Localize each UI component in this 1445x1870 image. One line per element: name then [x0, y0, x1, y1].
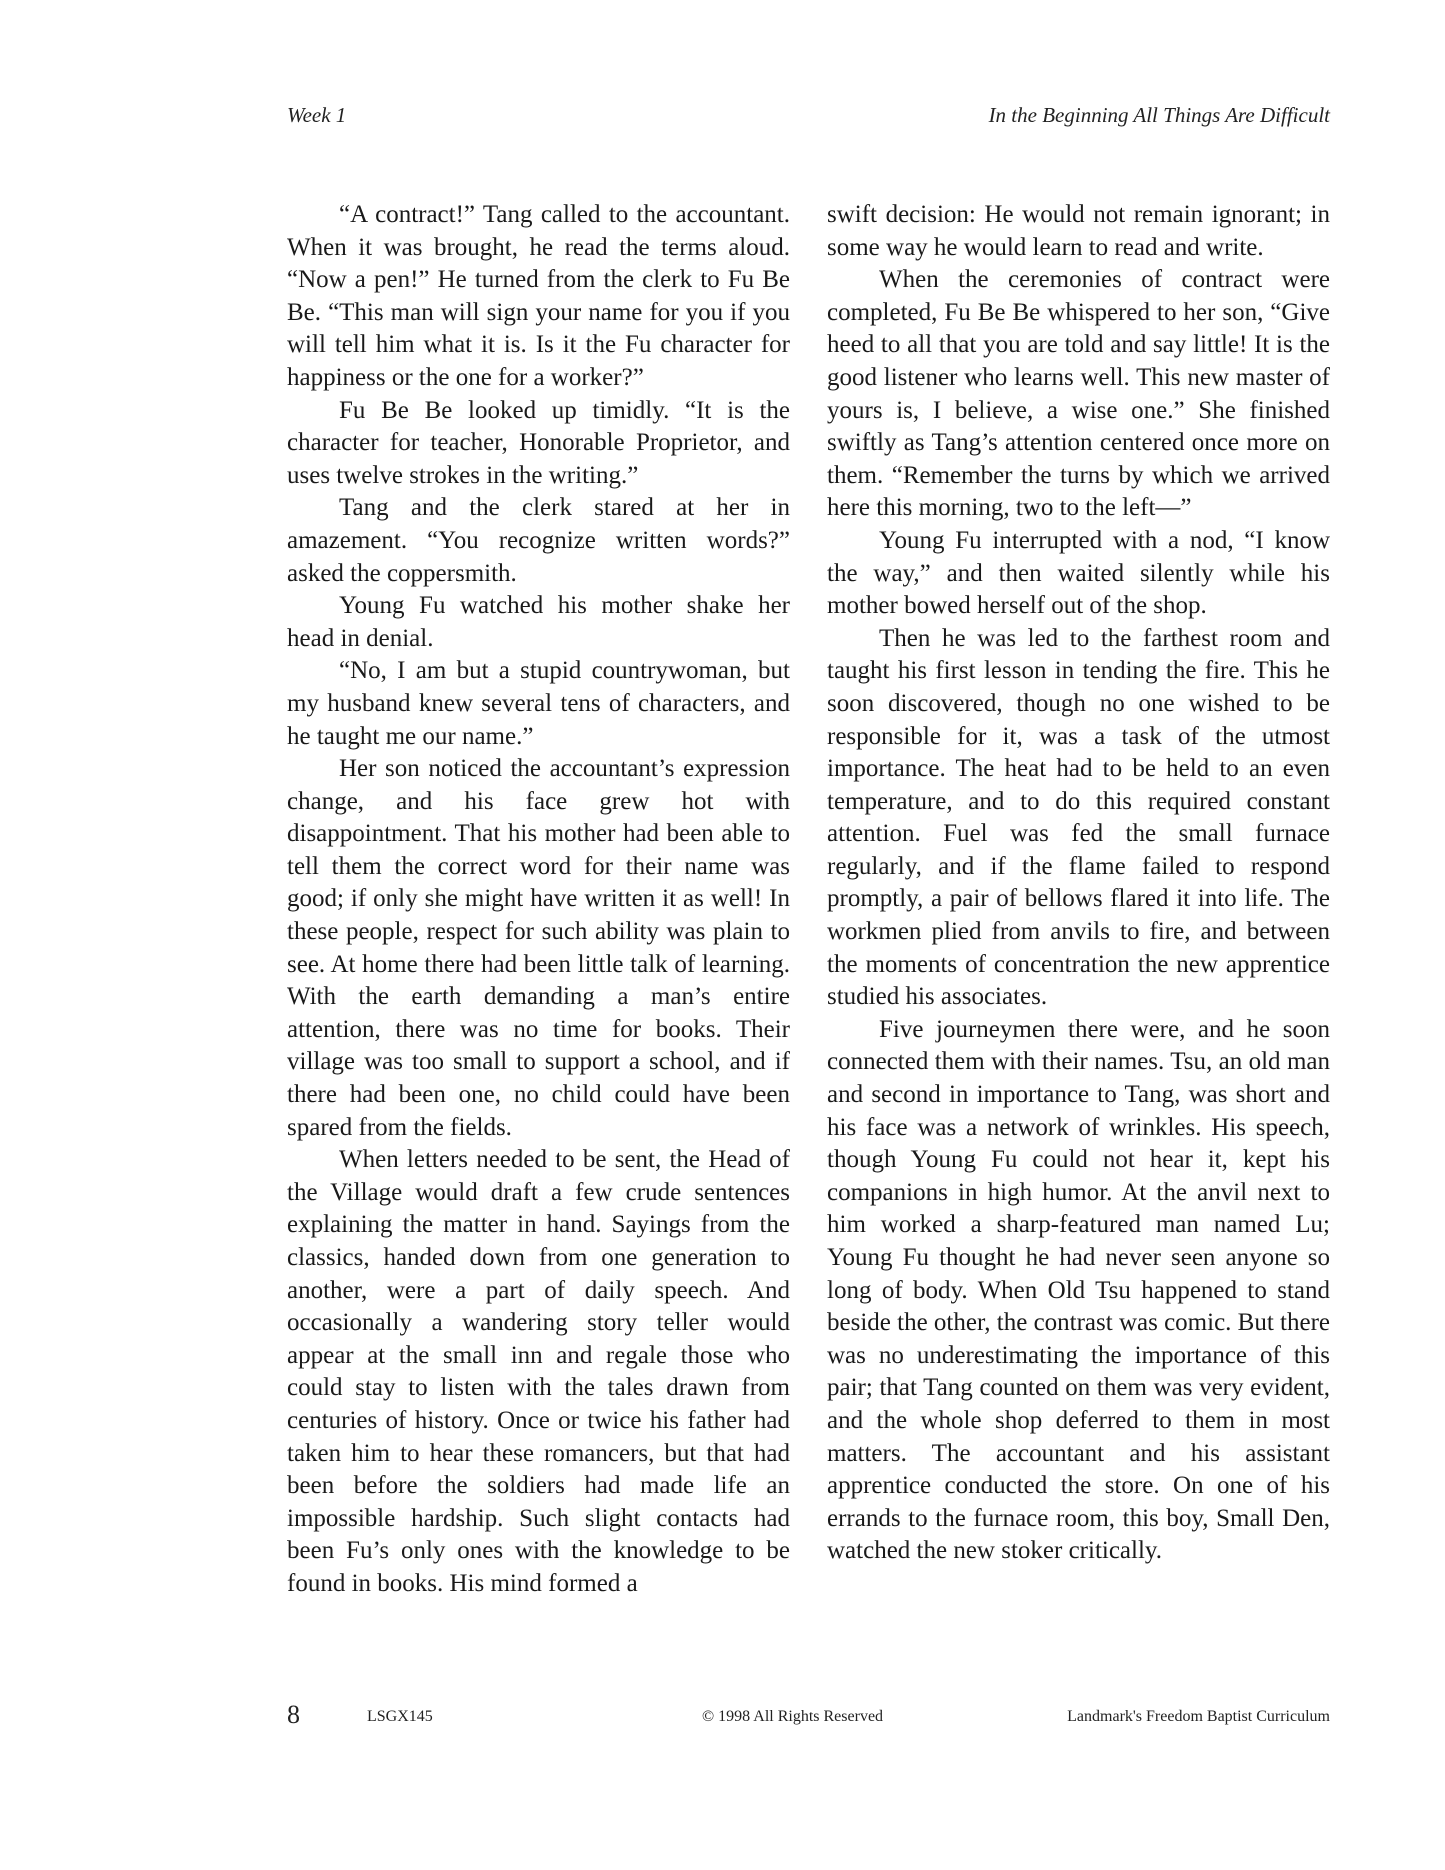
running-header: Week 1 In the Beginning All Things Are D…	[287, 103, 1330, 137]
paragraph: Five journeymen there were, and he soon …	[827, 1014, 1330, 1568]
paragraph: Young Fu watched his mother shake her he…	[287, 590, 790, 655]
paragraph: Then he was led to the farthest room and…	[827, 623, 1330, 1014]
copyright-notice: © 1998 All Rights Reserved	[702, 1708, 883, 1726]
paragraph: Tang and the clerk stared at her in amaz…	[287, 492, 790, 590]
publisher-name: Landmark's Freedom Baptist Curriculum	[1067, 1708, 1330, 1726]
header-chapter-title: In the Beginning All Things Are Difficul…	[989, 103, 1330, 128]
page-footer: 8 LSGX145 © 1998 All Rights Reserved Lan…	[287, 1700, 1330, 1740]
paragraph: Young Fu interrupted with a nod, “I know…	[827, 525, 1330, 623]
body-columns: “A contract!” Tang called to the account…	[287, 199, 1330, 1601]
left-column: “A contract!” Tang called to the account…	[287, 199, 790, 1601]
paragraph-continued: swift decision: He would not remain igno…	[827, 199, 1330, 264]
paragraph: “A contract!” Tang called to the account…	[287, 199, 790, 395]
paragraph: When the ceremonies of contract were com…	[827, 264, 1330, 525]
paragraph: Fu Be Be looked up timidly. “It is the c…	[287, 395, 790, 493]
document-page: Week 1 In the Beginning All Things Are D…	[0, 0, 1445, 1870]
course-code: LSGX145	[367, 1708, 433, 1726]
paragraph: “No, I am but a stupid countrywoman, but…	[287, 655, 790, 753]
header-week-label: Week 1	[287, 103, 346, 128]
paragraph: Her son noticed the accountant’s express…	[287, 753, 790, 1144]
right-column: swift decision: He would not remain igno…	[827, 199, 1330, 1601]
paragraph: When letters needed to be sent, the Head…	[287, 1144, 790, 1600]
page-number: 8	[287, 1700, 300, 1730]
